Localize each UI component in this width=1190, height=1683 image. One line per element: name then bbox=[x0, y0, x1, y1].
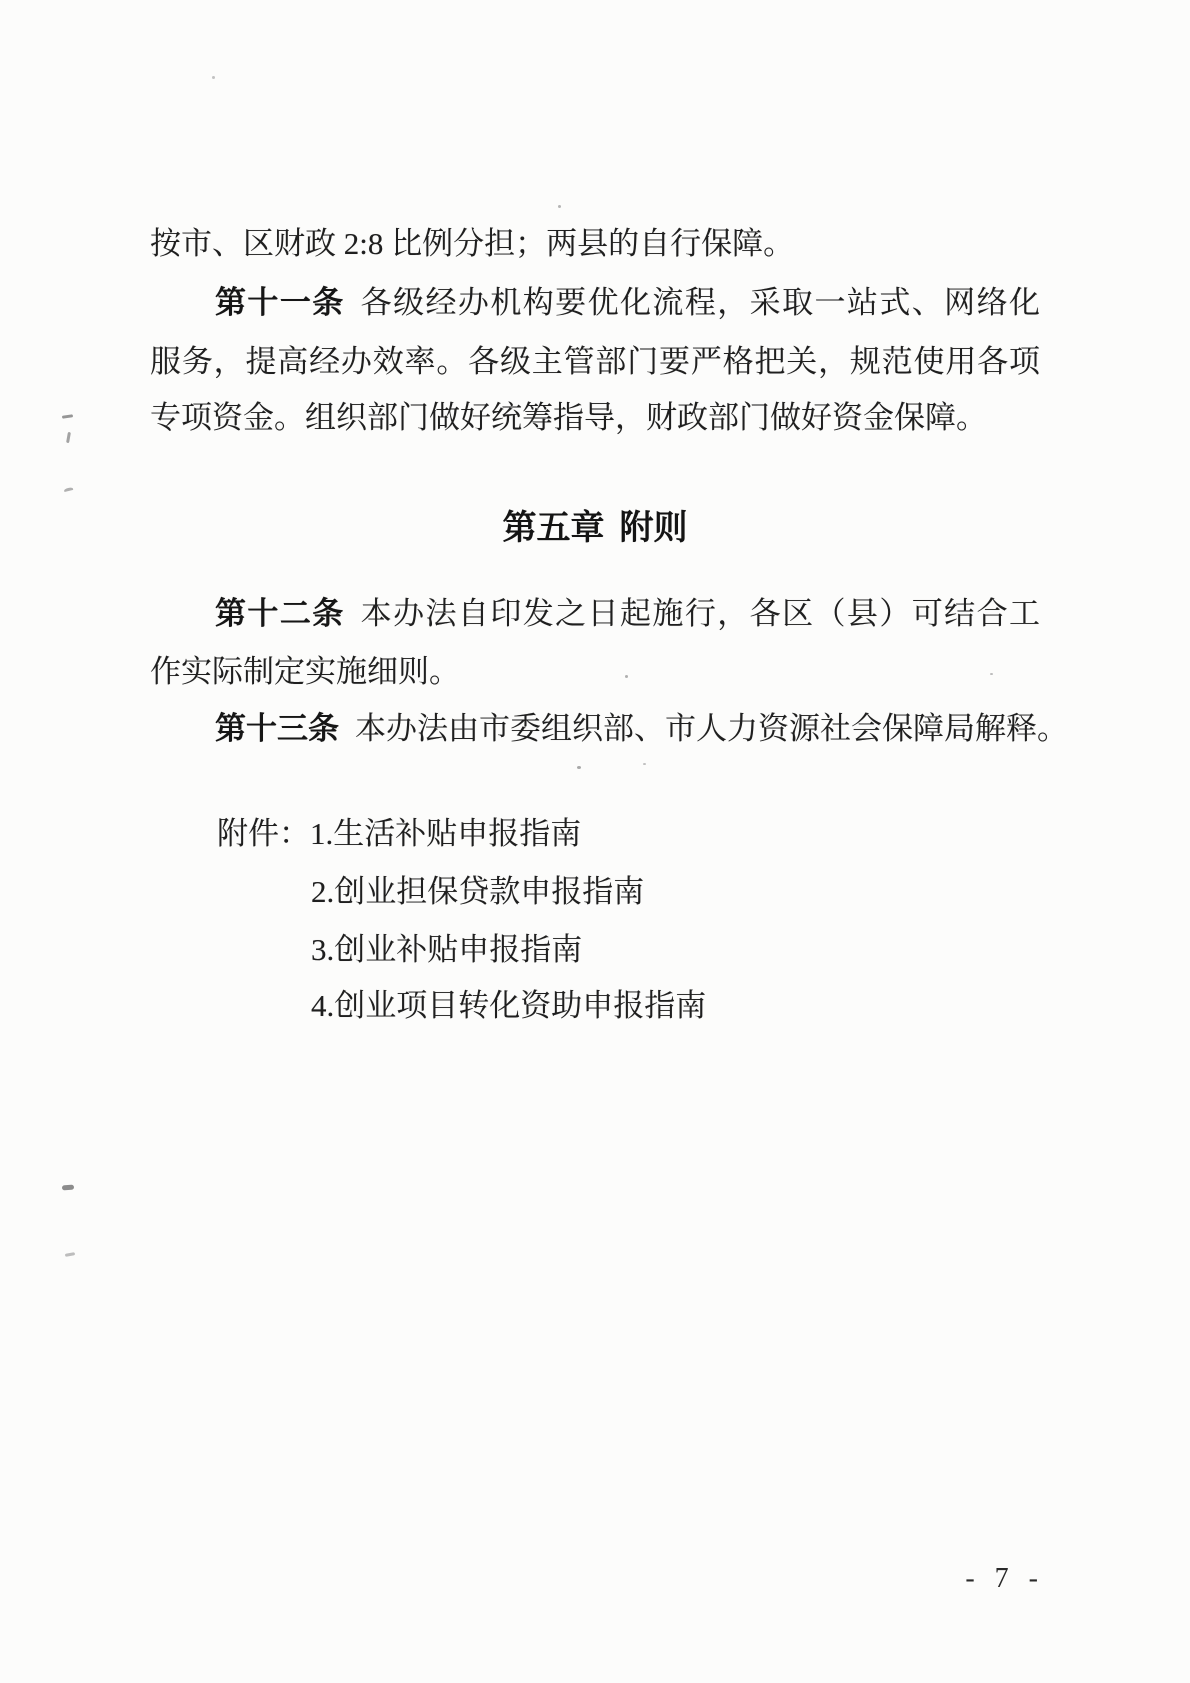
article-11-label: 第十一条 bbox=[215, 285, 345, 320]
page-number: - 7 - bbox=[150, 1562, 1040, 1596]
scan-artifact bbox=[643, 763, 646, 765]
attachment-item-2: 2.创业担保贷款申报指南 bbox=[311, 870, 644, 914]
scan-artifact bbox=[577, 766, 581, 769]
attachment-item-4: 4.创业项目转化资助申报指南 bbox=[311, 984, 706, 1028]
chapter-title: 附则 bbox=[620, 509, 688, 547]
scan-artifact bbox=[990, 673, 993, 675]
paragraph-continuation-line: 按市、区财政 2:8 比例分担；两县的自行保障。 bbox=[150, 222, 1040, 266]
chapter-number: 第五章 bbox=[503, 509, 605, 547]
scan-artifact bbox=[65, 1252, 75, 1257]
article-11-line-2: 服务，提高经办效率。各级主管部门要严格把关，规范使用各项 bbox=[150, 340, 1040, 384]
scan-artifact bbox=[66, 432, 71, 443]
scan-artifact bbox=[62, 414, 73, 419]
attachments-line-1: 附件：1.生活补贴申报指南 bbox=[217, 812, 581, 856]
scan-artifact bbox=[62, 1185, 74, 1191]
article-12-line-2: 作实际制定实施细则。 bbox=[150, 650, 1040, 694]
document-page: 按市、区财政 2:8 比例分担；两县的自行保障。 第十一条各级经办机构要优化流程… bbox=[0, 0, 1190, 1683]
article-13-line: 第十三条本办法由市委组织部、市人力资源社会保障局解释。 bbox=[150, 707, 1040, 751]
attachment-item-1: 1.生活补贴申报指南 bbox=[310, 816, 581, 851]
attachments-label: 附件： bbox=[217, 816, 310, 851]
article-12-text-1: 本办法自印发之日起施行，各区（县）可结合工 bbox=[361, 596, 1040, 631]
article-11-text-1: 各级经办机构要优化流程，采取一站式、网络化 bbox=[361, 285, 1040, 320]
attachment-item-3: 3.创业补贴申报指南 bbox=[311, 928, 582, 972]
scan-artifact bbox=[558, 205, 561, 208]
scan-artifact bbox=[625, 675, 628, 678]
scan-artifact bbox=[64, 487, 73, 492]
article-13-label: 第十三条 bbox=[215, 711, 339, 746]
chapter-heading: 第五章附则 bbox=[150, 506, 1040, 550]
article-11-line-3: 专项资金。组织部门做好统筹指导，财政部门做好资金保障。 bbox=[150, 396, 1040, 440]
scan-artifact bbox=[212, 76, 215, 79]
article-13-text: 本办法由市委组织部、市人力资源社会保障局解释。 bbox=[355, 711, 1068, 746]
article-12-line-1: 第十二条本办法自印发之日起施行，各区（县）可结合工 bbox=[150, 592, 1040, 636]
article-12-label: 第十二条 bbox=[215, 596, 345, 631]
article-11-line-1: 第十一条各级经办机构要优化流程，采取一站式、网络化 bbox=[150, 281, 1040, 325]
